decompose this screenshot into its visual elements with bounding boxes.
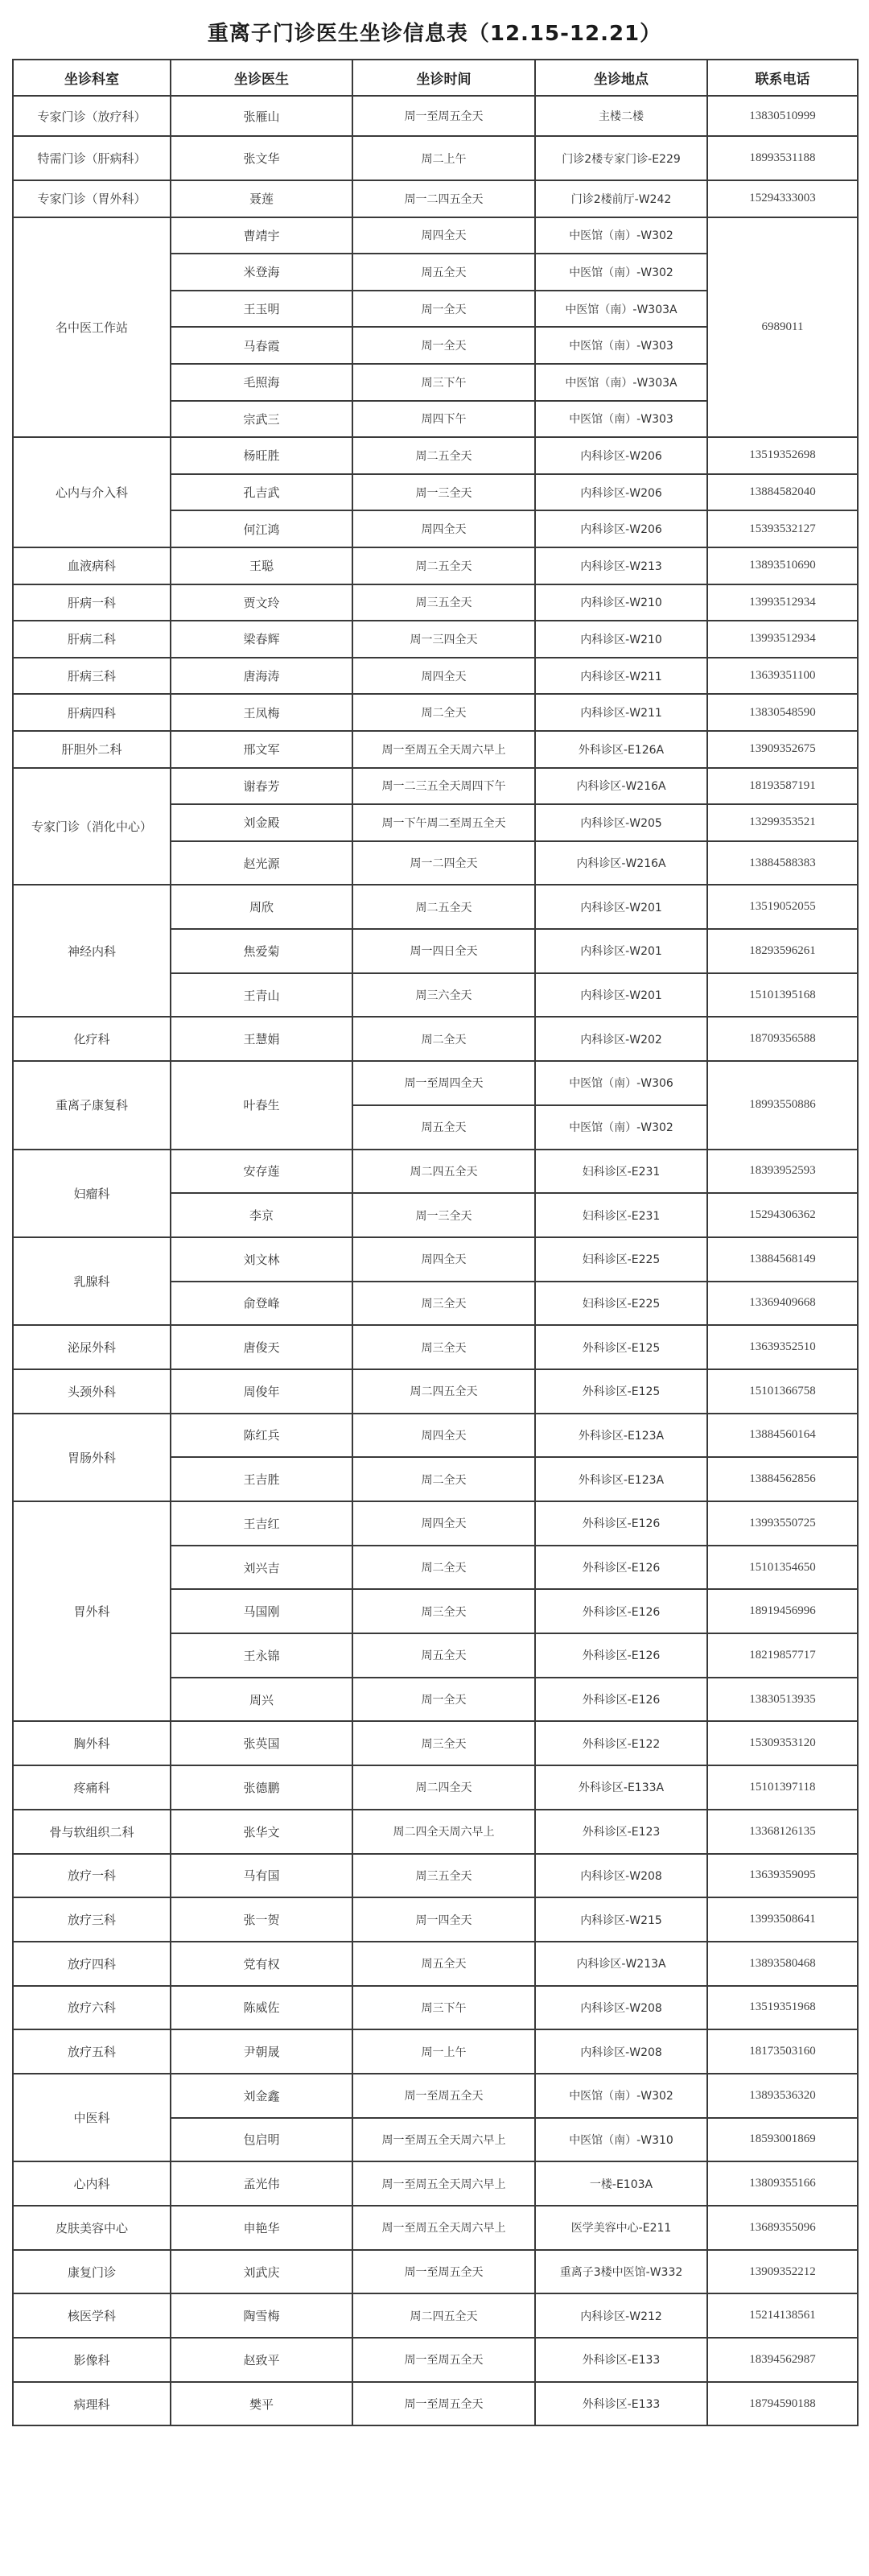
phone-cell: 13369409668 xyxy=(707,1282,858,1326)
doctor-cell: 王玉明 xyxy=(171,291,352,328)
phone-cell: 13909352675 xyxy=(707,731,858,768)
time-cell: 周四全天 xyxy=(352,217,535,254)
doctor-cell: 申艳华 xyxy=(171,2206,352,2250)
table-row: 肝病三科 唐海涛 周四全天 内科诊区-W211 13639351100 xyxy=(13,658,858,695)
phone-cell: 15393532127 xyxy=(707,510,858,547)
phone-cell: 15101395168 xyxy=(707,973,858,1018)
location-cell: 外科诊区-E126 xyxy=(535,1589,707,1633)
time-cell: 周一至周五全天周六早上 xyxy=(352,731,535,768)
time-cell: 周三全天 xyxy=(352,1282,535,1326)
time-cell: 周二四五全天 xyxy=(352,1150,535,1194)
location-cell: 中医馆（南）-W302 xyxy=(535,2074,707,2118)
dept-cell: 影像科 xyxy=(13,2338,171,2382)
location-cell: 内科诊区-W212 xyxy=(535,2293,707,2338)
dept-cell: 特需门诊（肝病科） xyxy=(13,136,171,180)
time-cell: 周三五全天 xyxy=(352,1854,535,1898)
doctor-cell: 党有权 xyxy=(171,1942,352,1986)
doctor-cell: 王凤梅 xyxy=(171,694,352,731)
doctor-cell: 李京 xyxy=(171,1193,352,1237)
phone-cell: 13368126135 xyxy=(707,1810,858,1854)
doctor-cell: 张英国 xyxy=(171,1721,352,1765)
location-cell: 外科诊区-E125 xyxy=(535,1325,707,1369)
dept-cell: 肝病一科 xyxy=(13,584,171,621)
phone-cell: 13884588383 xyxy=(707,841,858,885)
dept-cell: 核医学科 xyxy=(13,2293,171,2338)
dept-cell: 心内与介入科 xyxy=(13,437,171,547)
table-row: 骨与软组织二科 张华文 周二四全天周六早上 外科诊区-E123 13368126… xyxy=(13,1810,858,1854)
doctor-cell: 米登海 xyxy=(171,254,352,291)
table-row: 名中医工作站 曹靖宇 周四全天 中医馆（南）-W302 6989011 xyxy=(13,217,858,254)
time-cell: 周二全天 xyxy=(352,1546,535,1590)
time-cell: 周一二四全天 xyxy=(352,841,535,885)
phone-cell: 18794590188 xyxy=(707,2382,858,2426)
phone-cell: 15101366758 xyxy=(707,1369,858,1414)
doctor-cell: 周欣 xyxy=(171,885,352,929)
dept-cell: 疼痛科 xyxy=(13,1765,171,1810)
doctor-cell: 杨旺胜 xyxy=(171,437,352,474)
dept-cell: 放疗一科 xyxy=(13,1854,171,1898)
location-cell: 中医馆（南）-W303 xyxy=(535,327,707,364)
time-cell: 周二五全天 xyxy=(352,437,535,474)
table-row: 血液病科 王聪 周二五全天 内科诊区-W213 13893510690 xyxy=(13,547,858,584)
time-cell: 周一二四五全天 xyxy=(352,180,535,217)
location-cell: 内科诊区-W201 xyxy=(535,885,707,929)
time-cell: 周一四全天 xyxy=(352,1897,535,1942)
phone-cell: 13639352510 xyxy=(707,1325,858,1369)
table-row: 头颈外科 周俊年 周二四五全天 外科诊区-E125 15101366758 xyxy=(13,1369,858,1414)
dept-cell: 专家门诊（消化中心） xyxy=(13,768,171,885)
location-cell: 外科诊区-E123A xyxy=(535,1414,707,1458)
table-row: 专家门诊（消化中心） 谢春芳 周一二三五全天周四下午 内科诊区-W216A 18… xyxy=(13,768,858,805)
doctor-cell: 刘金殿 xyxy=(171,804,352,841)
dept-cell: 肝病三科 xyxy=(13,658,171,695)
phone-cell: 13884560164 xyxy=(707,1414,858,1458)
doctor-cell: 王聪 xyxy=(171,547,352,584)
location-cell: 妇科诊区-E231 xyxy=(535,1193,707,1237)
table-row: 化疗科 王慧娟 周二全天 内科诊区-W202 18709356588 xyxy=(13,1017,858,1061)
location-cell: 内科诊区-W210 xyxy=(535,584,707,621)
dept-cell: 专家门诊（放疗科） xyxy=(13,96,171,136)
doctor-cell: 贾文玲 xyxy=(171,584,352,621)
dept-cell: 胃肠外科 xyxy=(13,1414,171,1501)
time-cell: 周四全天 xyxy=(352,1237,535,1282)
table-row: 重离子康复科 叶春生 周一至周四全天 中医馆（南）-W306 189935508… xyxy=(13,1061,858,1105)
dept-cell: 康复门诊 xyxy=(13,2250,171,2294)
doctor-cell: 孔吉武 xyxy=(171,474,352,511)
doctor-cell: 周俊年 xyxy=(171,1369,352,1414)
phone-cell: 18993531188 xyxy=(707,136,858,180)
doctor-cell: 樊平 xyxy=(171,2382,352,2426)
time-cell: 周四全天 xyxy=(352,1414,535,1458)
location-cell: 内科诊区-W202 xyxy=(535,1017,707,1061)
dept-cell: 妇瘤科 xyxy=(13,1150,171,1237)
location-cell: 主楼二楼 xyxy=(535,96,707,136)
time-cell: 周三五全天 xyxy=(352,584,535,621)
time-cell: 周三下午 xyxy=(352,1986,535,2030)
doctor-cell: 曹靖宇 xyxy=(171,217,352,254)
doctor-cell: 赵光源 xyxy=(171,841,352,885)
time-cell: 周二全天 xyxy=(352,1017,535,1061)
location-cell: 内科诊区-W208 xyxy=(535,2029,707,2074)
table-row: 肝病四科 王凤梅 周二全天 内科诊区-W211 13830548590 xyxy=(13,694,858,731)
location-cell: 医学美容中心-E211 xyxy=(535,2206,707,2250)
time-cell: 周一全天 xyxy=(352,327,535,364)
phone-cell: 13639359095 xyxy=(707,1854,858,1898)
table-row: 核医学科 陶雪梅 周二四五全天 内科诊区-W212 15214138561 xyxy=(13,2293,858,2338)
location-cell: 内科诊区-W205 xyxy=(535,804,707,841)
dept-cell: 放疗五科 xyxy=(13,2029,171,2074)
time-cell: 周二全天 xyxy=(352,694,535,731)
location-cell: 妇科诊区-E231 xyxy=(535,1150,707,1194)
dept-cell: 放疗四科 xyxy=(13,1942,171,1986)
location-cell: 重离子3楼中医馆-W332 xyxy=(535,2250,707,2294)
phone-cell: 13884562856 xyxy=(707,1457,858,1501)
dept-cell: 乳腺科 xyxy=(13,1237,171,1325)
time-cell: 周二四五全天 xyxy=(352,1369,535,1414)
time-cell: 周五全天 xyxy=(352,1942,535,1986)
time-cell: 周一至周五全天周六早上 xyxy=(352,2161,535,2206)
location-cell: 外科诊区-E125 xyxy=(535,1369,707,1414)
location-cell: 外科诊区-E126 xyxy=(535,1546,707,1590)
phone-cell: 13519352698 xyxy=(707,437,858,474)
time-cell: 周一至周五全天 xyxy=(352,96,535,136)
location-cell: 外科诊区-E133 xyxy=(535,2338,707,2382)
location-cell: 中医馆（南）-W302 xyxy=(535,254,707,291)
time-cell: 周一三全天 xyxy=(352,474,535,511)
phone-cell: 13993508641 xyxy=(707,1897,858,1942)
table-row: 影像科 赵致平 周一至周五全天 外科诊区-E133 18394562987 xyxy=(13,2338,858,2382)
table-row: 胃外科 王吉红 周四全天 外科诊区-E126 13993550725 xyxy=(13,1501,858,1546)
doctor-cell: 刘兴吉 xyxy=(171,1546,352,1590)
location-cell: 中医馆（南）-W310 xyxy=(535,2118,707,2162)
table-row: 专家门诊（放疗科） 张雁山 周一至周五全天 主楼二楼 13830510999 xyxy=(13,96,858,136)
doctor-cell: 刘文林 xyxy=(171,1237,352,1282)
doctor-cell: 谢春芳 xyxy=(171,768,352,805)
table-row: 心内与介入科 杨旺胜 周二五全天 内科诊区-W206 13519352698 xyxy=(13,437,858,474)
time-cell: 周三六全天 xyxy=(352,973,535,1018)
doctor-cell: 梁春辉 xyxy=(171,621,352,658)
doctor-cell: 马春霞 xyxy=(171,327,352,364)
phone-cell: 13809355166 xyxy=(707,2161,858,2206)
doctor-cell: 何江鸿 xyxy=(171,510,352,547)
time-cell: 周二五全天 xyxy=(352,547,535,584)
doctor-cell: 唐俊天 xyxy=(171,1325,352,1369)
phone-cell: 15101354650 xyxy=(707,1546,858,1590)
location-cell: 内科诊区-W215 xyxy=(535,1897,707,1942)
phone-cell: 18293596261 xyxy=(707,929,858,973)
phone-cell: 15309353120 xyxy=(707,1721,858,1765)
location-cell: 外科诊区-E123A xyxy=(535,1457,707,1501)
time-cell: 周二四全天 xyxy=(352,1765,535,1810)
location-cell: 内科诊区-W216A xyxy=(535,768,707,805)
location-cell: 内科诊区-W213A xyxy=(535,1942,707,1986)
doctor-cell: 尹朝晟 xyxy=(171,2029,352,2074)
doctor-cell: 张一贺 xyxy=(171,1897,352,1942)
dept-cell: 中医科 xyxy=(13,2074,171,2161)
doctor-cell: 马国刚 xyxy=(171,1589,352,1633)
time-cell: 周一二三五全天周四下午 xyxy=(352,768,535,805)
location-cell: 内科诊区-W210 xyxy=(535,621,707,658)
dept-cell: 肝胆外二科 xyxy=(13,731,171,768)
doctor-cell: 王青山 xyxy=(171,973,352,1018)
phone-cell: 18173503160 xyxy=(707,2029,858,2074)
location-cell: 内科诊区-W211 xyxy=(535,694,707,731)
phone-cell: 18993550886 xyxy=(707,1061,858,1149)
table-row: 神经内科 周欣 周二五全天 内科诊区-W201 13519052055 xyxy=(13,885,858,929)
table-row: 妇瘤科 安存莲 周二四五全天 妇科诊区-E231 18393952593 xyxy=(13,1150,858,1194)
table-row: 泌尿外科 唐俊天 周三全天 外科诊区-E125 13639352510 xyxy=(13,1325,858,1369)
dept-cell: 肝病四科 xyxy=(13,694,171,731)
time-cell: 周二全天 xyxy=(352,1457,535,1501)
location-cell: 妇科诊区-E225 xyxy=(535,1282,707,1326)
time-cell: 周一三全天 xyxy=(352,1193,535,1237)
location-cell: 外科诊区-E123 xyxy=(535,1810,707,1854)
time-cell: 周一全天 xyxy=(352,1678,535,1722)
phone-cell: 15294306362 xyxy=(707,1193,858,1237)
doctor-cell: 周兴 xyxy=(171,1678,352,1722)
location-cell: 内科诊区-W206 xyxy=(535,437,707,474)
location-cell: 中医馆（南）-W303A xyxy=(535,291,707,328)
location-cell: 中医馆（南）-W303A xyxy=(535,364,707,401)
time-cell: 周二五全天 xyxy=(352,885,535,929)
time-cell: 周一至周四全天 xyxy=(352,1061,535,1105)
doctor-cell: 毛照海 xyxy=(171,364,352,401)
table-row: 心内科 孟光伟 周一至周五全天周六早上 一楼-E103A 13809355166 xyxy=(13,2161,858,2206)
location-cell: 内科诊区-W211 xyxy=(535,658,707,695)
location-cell: 中医馆（南）-W302 xyxy=(535,217,707,254)
table-row: 皮肤美容中心 申艳华 周一至周五全天周六早上 医学美容中心-E211 13689… xyxy=(13,2206,858,2250)
phone-cell: 18393952593 xyxy=(707,1150,858,1194)
phone-cell: 13893536320 xyxy=(707,2074,858,2118)
time-cell: 周四全天 xyxy=(352,510,535,547)
time-cell: 周二四全天周六早上 xyxy=(352,1810,535,1854)
doctor-cell: 马有国 xyxy=(171,1854,352,1898)
phone-cell: 13519351968 xyxy=(707,1986,858,2030)
dept-cell: 头颈外科 xyxy=(13,1369,171,1414)
phone-cell: 15101397118 xyxy=(707,1765,858,1810)
table-row: 疼痛科 张德鹏 周二四全天 外科诊区-E133A 15101397118 xyxy=(13,1765,858,1810)
doctor-cell: 唐海涛 xyxy=(171,658,352,695)
table-row: 肝胆外二科 邢文军 周一至周五全天周六早上 外科诊区-E126A 1390935… xyxy=(13,731,858,768)
doctor-cell: 刘金鑫 xyxy=(171,2074,352,2118)
time-cell: 周一下午周二至周五全天 xyxy=(352,804,535,841)
time-cell: 周二四五全天 xyxy=(352,2293,535,2338)
dept-cell: 泌尿外科 xyxy=(13,1325,171,1369)
time-cell: 周三全天 xyxy=(352,1589,535,1633)
dept-cell: 胸外科 xyxy=(13,1721,171,1765)
phone-cell: 13639351100 xyxy=(707,658,858,695)
time-cell: 周一上午 xyxy=(352,2029,535,2074)
phone-cell: 13993512934 xyxy=(707,584,858,621)
table-row: 康复门诊 刘武庆 周一至周五全天 重离子3楼中医馆-W332 139093522… xyxy=(13,2250,858,2294)
time-cell: 周三全天 xyxy=(352,1325,535,1369)
location-cell: 内科诊区-W213 xyxy=(535,547,707,584)
doctor-cell: 赵致平 xyxy=(171,2338,352,2382)
header-location: 坐诊地点 xyxy=(535,60,707,96)
location-cell: 妇科诊区-E225 xyxy=(535,1237,707,1282)
time-cell: 周五全天 xyxy=(352,1633,535,1678)
phone-cell: 13830513935 xyxy=(707,1678,858,1722)
location-cell: 外科诊区-E122 xyxy=(535,1721,707,1765)
doctor-cell: 邢文军 xyxy=(171,731,352,768)
time-cell: 周四全天 xyxy=(352,1501,535,1546)
table-row: 胸外科 张英国 周三全天 外科诊区-E122 15309353120 xyxy=(13,1721,858,1765)
time-cell: 周一至周五全天周六早上 xyxy=(352,2118,535,2162)
time-cell: 周五全天 xyxy=(352,1105,535,1150)
doctor-cell: 孟光伟 xyxy=(171,2161,352,2206)
time-cell: 周三全天 xyxy=(352,1721,535,1765)
dept-cell: 骨与软组织二科 xyxy=(13,1810,171,1854)
dept-cell: 心内科 xyxy=(13,2161,171,2206)
time-cell: 周一至周五全天 xyxy=(352,2250,535,2294)
location-cell: 外科诊区-E126 xyxy=(535,1633,707,1678)
phone-cell: 15294333003 xyxy=(707,180,858,217)
doctor-cell: 聂莲 xyxy=(171,180,352,217)
phone-cell: 15214138561 xyxy=(707,2293,858,2338)
location-cell: 内科诊区-W206 xyxy=(535,474,707,511)
phone-cell: 18193587191 xyxy=(707,768,858,805)
phone-cell: 18919456996 xyxy=(707,1589,858,1633)
doctor-cell: 包启明 xyxy=(171,2118,352,2162)
dept-cell: 皮肤美容中心 xyxy=(13,2206,171,2250)
phone-cell: 13893580468 xyxy=(707,1942,858,1986)
doctor-cell: 安存莲 xyxy=(171,1150,352,1194)
table-row: 特需门诊（肝病科） 张文华 周二上午 门诊2楼专家门诊-E229 1899353… xyxy=(13,136,858,180)
dept-cell: 放疗三科 xyxy=(13,1897,171,1942)
doctor-cell: 王永锦 xyxy=(171,1633,352,1678)
phone-cell: 18593001869 xyxy=(707,2118,858,2162)
doctor-cell: 王吉胜 xyxy=(171,1457,352,1501)
doctor-cell: 张德鹏 xyxy=(171,1765,352,1810)
dept-cell: 神经内科 xyxy=(13,885,171,1017)
location-cell: 外科诊区-E133A xyxy=(535,1765,707,1810)
phone-cell: 13909352212 xyxy=(707,2250,858,2294)
table-row: 肝病一科 贾文玲 周三五全天 内科诊区-W210 13993512934 xyxy=(13,584,858,621)
page-title: 重离子门诊医生坐诊信息表（12.15-12.21） xyxy=(0,18,869,50)
table-row: 放疗一科 马有国 周三五全天 内科诊区-W208 13639359095 xyxy=(13,1854,858,1898)
time-cell: 周一三四全天 xyxy=(352,621,535,658)
location-cell: 中医馆（南）-W303 xyxy=(535,401,707,438)
dept-cell: 名中医工作站 xyxy=(13,217,171,438)
table-header-row: 坐诊科室 坐诊医生 坐诊时间 坐诊地点 联系电话 xyxy=(13,60,858,96)
phone-cell: 13893510690 xyxy=(707,547,858,584)
dept-cell: 血液病科 xyxy=(13,547,171,584)
phone-cell: 18709356588 xyxy=(707,1017,858,1061)
doctor-cell: 陈威佐 xyxy=(171,1986,352,2030)
time-cell: 周一全天 xyxy=(352,291,535,328)
dept-cell: 专家门诊（胃外科） xyxy=(13,180,171,217)
doctor-cell: 刘武庆 xyxy=(171,2250,352,2294)
doctor-cell: 焦爱菊 xyxy=(171,929,352,973)
dept-cell: 胃外科 xyxy=(13,1501,171,1721)
location-cell: 外科诊区-E126 xyxy=(535,1678,707,1722)
header-phone: 联系电话 xyxy=(707,60,858,96)
location-cell: 门诊2楼专家门诊-E229 xyxy=(535,136,707,180)
location-cell: 内科诊区-W216A xyxy=(535,841,707,885)
time-cell: 周四全天 xyxy=(352,658,535,695)
phone-cell: 13884582040 xyxy=(707,474,858,511)
table-row: 病理科 樊平 周一至周五全天 外科诊区-E133 18794590188 xyxy=(13,2382,858,2426)
doctor-cell: 陶雪梅 xyxy=(171,2293,352,2338)
phone-cell: 13830548590 xyxy=(707,694,858,731)
table-row: 乳腺科 刘文林 周四全天 妇科诊区-E225 13884568149 xyxy=(13,1237,858,1282)
header-doctor: 坐诊医生 xyxy=(171,60,352,96)
table-row: 中医科 刘金鑫 周一至周五全天 中医馆（南）-W302 13893536320 xyxy=(13,2074,858,2118)
table-row: 放疗六科 陈威佐 周三下午 内科诊区-W208 13519351968 xyxy=(13,1986,858,2030)
location-cell: 内科诊区-W208 xyxy=(535,1986,707,2030)
time-cell: 周三下午 xyxy=(352,364,535,401)
location-cell: 内科诊区-W206 xyxy=(535,510,707,547)
table-row: 放疗四科 党有权 周五全天 内科诊区-W213A 13893580468 xyxy=(13,1942,858,1986)
location-cell: 门诊2楼前厅-W242 xyxy=(535,180,707,217)
header-dept: 坐诊科室 xyxy=(13,60,171,96)
doctor-cell: 俞登峰 xyxy=(171,1282,352,1326)
time-cell: 周一至周五全天 xyxy=(352,2338,535,2382)
phone-cell: 13519052055 xyxy=(707,885,858,929)
phone-cell: 13689355096 xyxy=(707,2206,858,2250)
schedule-table: 坐诊科室 坐诊医生 坐诊时间 坐诊地点 联系电话 专家门诊（放疗科） 张雁山 周… xyxy=(12,59,859,2426)
location-cell: 外科诊区-E126A xyxy=(535,731,707,768)
dept-cell: 病理科 xyxy=(13,2382,171,2426)
time-cell: 周一至周五全天 xyxy=(352,2074,535,2118)
table-row: 肝病二科 梁春辉 周一三四全天 内科诊区-W210 13993512934 xyxy=(13,621,858,658)
table-row: 专家门诊（胃外科） 聂莲 周一二四五全天 门诊2楼前厅-W242 1529433… xyxy=(13,180,858,217)
doctor-cell: 宗武三 xyxy=(171,401,352,438)
time-cell: 周四下午 xyxy=(352,401,535,438)
location-cell: 中医馆（南）-W306 xyxy=(535,1061,707,1105)
phone-cell: 13993512934 xyxy=(707,621,858,658)
time-cell: 周一至周五全天周六早上 xyxy=(352,2206,535,2250)
time-cell: 周二上午 xyxy=(352,136,535,180)
phone-cell: 13299353521 xyxy=(707,804,858,841)
doctor-cell: 陈红兵 xyxy=(171,1414,352,1458)
doctor-cell: 张雁山 xyxy=(171,96,352,136)
location-cell: 外科诊区-E133 xyxy=(535,2382,707,2426)
header-time: 坐诊时间 xyxy=(352,60,535,96)
doctor-cell: 张文华 xyxy=(171,136,352,180)
doctor-cell: 王慧娟 xyxy=(171,1017,352,1061)
phone-cell: 13830510999 xyxy=(707,96,858,136)
phone-cell: 6989011 xyxy=(707,217,858,438)
dept-cell: 重离子康复科 xyxy=(13,1061,171,1149)
location-cell: 中医馆（南）-W302 xyxy=(535,1105,707,1150)
phone-cell: 13884568149 xyxy=(707,1237,858,1282)
dept-cell: 肝病二科 xyxy=(13,621,171,658)
location-cell: 外科诊区-E126 xyxy=(535,1501,707,1546)
table-row: 放疗三科 张一贺 周一四全天 内科诊区-W215 13993508641 xyxy=(13,1897,858,1942)
doctor-cell: 王吉红 xyxy=(171,1501,352,1546)
location-cell: 内科诊区-W208 xyxy=(535,1854,707,1898)
time-cell: 周一四日全天 xyxy=(352,929,535,973)
location-cell: 内科诊区-W201 xyxy=(535,929,707,973)
time-cell: 周五全天 xyxy=(352,254,535,291)
doctor-cell: 叶春生 xyxy=(171,1061,352,1149)
table-row: 胃肠外科 陈红兵 周四全天 外科诊区-E123A 13884560164 xyxy=(13,1414,858,1458)
location-cell: 一楼-E103A xyxy=(535,2161,707,2206)
dept-cell: 放疗六科 xyxy=(13,1986,171,2030)
phone-cell: 18394562987 xyxy=(707,2338,858,2382)
phone-cell: 13993550725 xyxy=(707,1501,858,1546)
time-cell: 周一至周五全天 xyxy=(352,2382,535,2426)
table-row: 放疗五科 尹朝晟 周一上午 内科诊区-W208 18173503160 xyxy=(13,2029,858,2074)
location-cell: 内科诊区-W201 xyxy=(535,973,707,1018)
phone-cell: 18219857717 xyxy=(707,1633,858,1678)
dept-cell: 化疗科 xyxy=(13,1017,171,1061)
doctor-cell: 张华文 xyxy=(171,1810,352,1854)
